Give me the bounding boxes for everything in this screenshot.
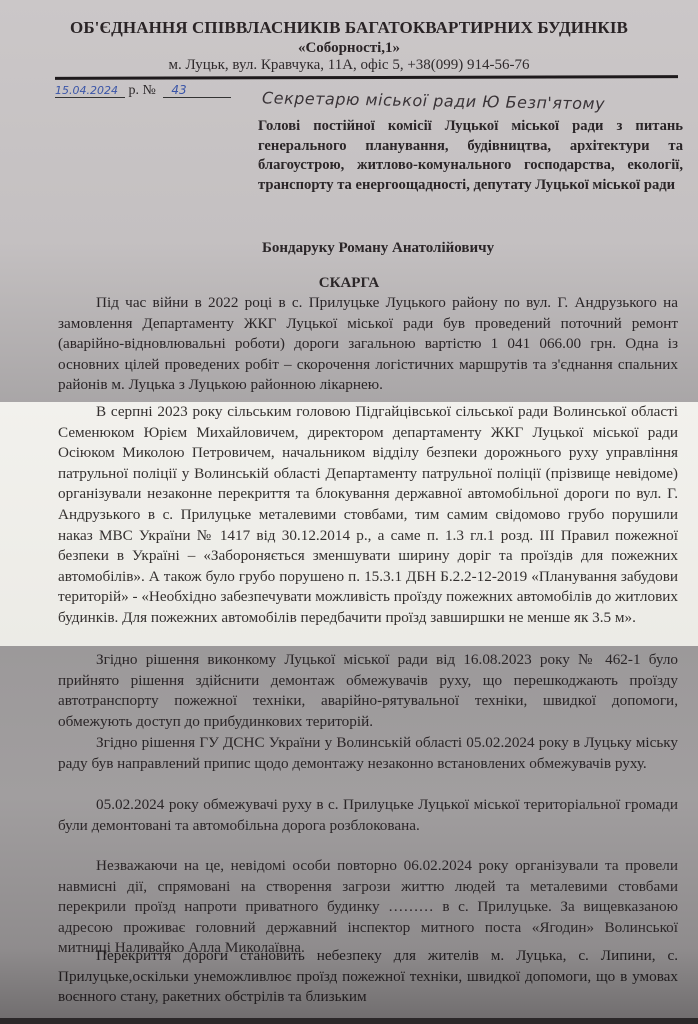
letterhead-subtitle: «Соборності,1» (0, 40, 698, 57)
complaint-document: ОБ'ЄДНАННЯ СПІВВЛАСНИКІВ БАГАТОКВАРТИРНИ… (0, 0, 698, 1024)
paragraph-7: Перекриття дороги становить небезпеку дл… (58, 946, 678, 1008)
paragraph-text: Під час війни в 2022 році в с. Прилуцьке… (58, 293, 678, 396)
paragraph-text: Перекриття дороги становить небезпеку дл… (58, 946, 678, 1008)
paragraph-text: В серпні 2023 року сільським головою Під… (58, 402, 678, 629)
letterhead-organization: ОБ'ЄДНАННЯ СПІВВЛАСНИКІВ БАГАТОКВАРТИРНИ… (0, 18, 698, 38)
paragraph-5: 05.02.2024 року обмежувачі руху в с. При… (58, 795, 678, 836)
document-title: СКАРГА (0, 275, 698, 292)
paragraph-text: Згідно рішення виконкому Луцької міської… (58, 650, 678, 732)
paragraph-1: Під час війни в 2022 році в с. Прилуцьке… (58, 293, 678, 396)
letterhead-divider (55, 75, 678, 80)
registration-label: р. № (129, 83, 156, 98)
paragraph-3: Згідно рішення виконкому Луцької міської… (58, 650, 678, 732)
paragraph-4: Згідно рішення ГУ ДСНС України у Волинсь… (58, 733, 678, 774)
handwritten-resolution: Секретарю міської ради Ю Безп'ятому (262, 88, 682, 114)
registration-date: 15.04.2024 (55, 84, 125, 98)
paragraph-text: 05.02.2024 року обмежувачі руху в с. При… (58, 795, 678, 836)
addressee-position: Голові постійної комісії Луцької міської… (258, 117, 683, 195)
addressee-name: Бондаруку Роману Анатолійовичу (262, 240, 494, 257)
paragraph-text: Незважаючи на це, невідомі особи повторн… (58, 856, 678, 959)
paragraph-6: Незважаючи на це, невідомі особи повторн… (58, 856, 678, 959)
paragraph-text: Згідно рішення ГУ ДСНС України у Волинсь… (58, 733, 678, 774)
registration-line: 15.04.2024 р. № 43 (55, 83, 231, 99)
registration-number: 43 (163, 83, 231, 98)
paragraph-2: В серпні 2023 року сільським головою Під… (58, 402, 678, 629)
letterhead-address: м. Луцьк, вул. Кравчука, 11А, офіс 5, +3… (0, 57, 698, 74)
